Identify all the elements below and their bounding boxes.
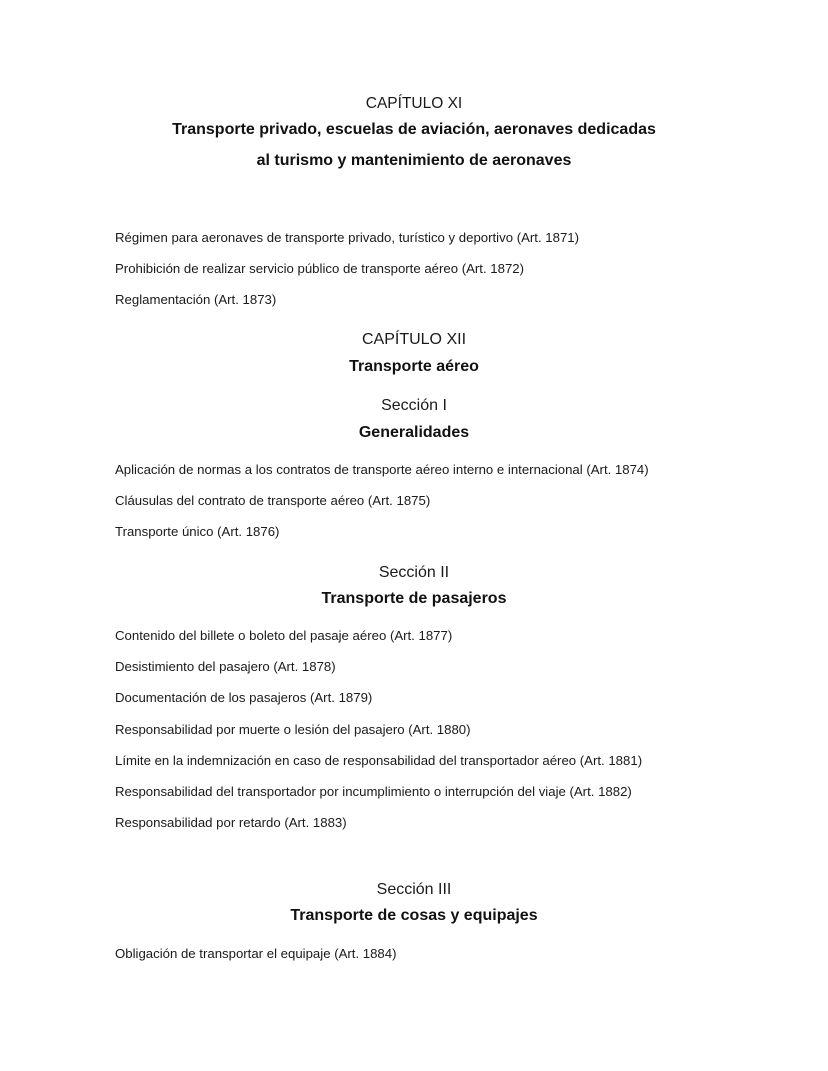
toc-entry[interactable]: Régimen para aeronaves de transporte pri… (115, 230, 579, 245)
chapter-label: CAPÍTULO XII (0, 331, 828, 349)
section-label: Sección I (0, 397, 828, 415)
toc-entry[interactable]: Contenido del billete o boleto del pasaj… (115, 628, 452, 643)
section-title: Transporte de pasajeros (0, 590, 828, 608)
toc-entry[interactable]: Responsabilidad del transportador por in… (115, 784, 632, 799)
toc-entry[interactable]: Obligación de transportar el equipaje (A… (115, 946, 397, 961)
toc-entry[interactable]: Desistimiento del pasajero (Art. 1878) (115, 659, 336, 674)
toc-entry[interactable]: Reglamentación (Art. 1873) (115, 292, 276, 307)
section-title: Generalidades (0, 424, 828, 442)
section-label: Sección III (0, 881, 828, 899)
document-page: CAPÍTULO XI Transporte privado, escuelas… (0, 0, 828, 1071)
toc-entry[interactable]: Transporte único (Art. 1876) (115, 524, 279, 539)
toc-entry[interactable]: Cláusulas del contrato de transporte aér… (115, 493, 430, 508)
toc-entry[interactable]: Documentación de los pasajeros (Art. 187… (115, 690, 372, 705)
chapter-label: CAPÍTULO XI (0, 95, 828, 113)
section-title: Transporte de cosas y equipajes (0, 907, 828, 925)
section-label: Sección II (0, 564, 828, 582)
chapter-title-line-1: Transporte privado, escuelas de aviación… (0, 121, 828, 139)
chapter-title: Transporte aéreo (0, 358, 828, 376)
toc-entry[interactable]: Límite en la indemnización en caso de re… (115, 753, 642, 768)
toc-entry[interactable]: Prohibición de realizar servicio público… (115, 261, 524, 276)
chapter-title-line-2: al turismo y mantenimiento de aeronaves (0, 152, 828, 170)
toc-entry[interactable]: Aplicación de normas a los contratos de … (115, 462, 649, 477)
toc-entry[interactable]: Responsabilidad por retardo (Art. 1883) (115, 815, 347, 830)
toc-entry[interactable]: Responsabilidad por muerte o lesión del … (115, 722, 471, 737)
